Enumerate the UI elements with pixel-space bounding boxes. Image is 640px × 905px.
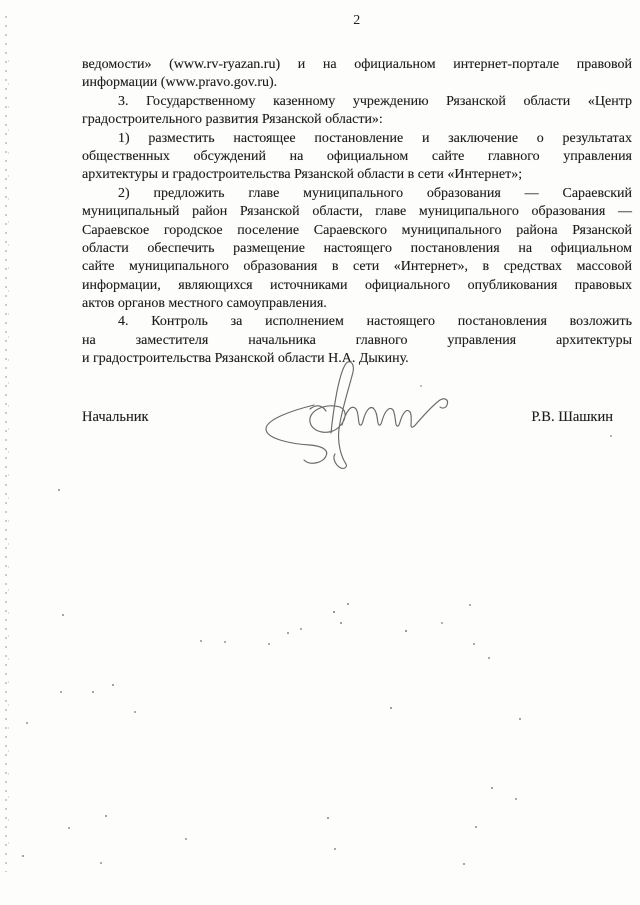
text-line: 4. Контроль за исполнением настоящего по…: [82, 313, 632, 331]
text-line: сайте муниципального образования в сети …: [82, 258, 632, 276]
text-line: архитектуры и градостроительства Рязанск…: [82, 166, 632, 184]
page-number: 2: [82, 13, 632, 29]
signatory-title: Начальник: [82, 409, 149, 426]
signatory-name: Р.В. Шашкин: [531, 409, 613, 426]
scan-noise-left-edge-2: [8, 60, 9, 850]
text-line: 1) разместить настоящее постановление и …: [82, 130, 632, 148]
document-page: 2 ведомости» (www.rv-ryazan.ru) и на офи…: [0, 0, 640, 905]
text-line: 2) предложить главе муниципального образ…: [82, 185, 632, 203]
text-line: муниципальный район Рязанской области, г…: [82, 203, 632, 221]
text-line: информации (www.pravo.gov.ru).: [82, 74, 632, 92]
document-body: ведомости» (www.rv-ryazan.ru) и на офици…: [82, 56, 632, 369]
signature-row: Начальник Р.В. Шашкин: [82, 409, 613, 426]
text-line: актов органов местного самоуправления.: [82, 295, 632, 313]
text-line: на заместителя начальника главного управ…: [82, 332, 632, 350]
text-line: общественных обсуждений на официальном с…: [82, 148, 632, 166]
text-line: информации, являющихся источниками офици…: [82, 277, 632, 295]
scan-noise-left-edge: [5, 16, 7, 872]
text-line: 3. Государственному казенному учреждению…: [82, 93, 632, 111]
text-line: Сараевское городское поселение Сараевско…: [82, 222, 632, 240]
text-line: градостроительного развития Рязанской об…: [82, 111, 632, 129]
scan-noise-specks: [0, 0, 2, 2]
text-line: области обеспечить размещение настоящего…: [82, 240, 632, 258]
text-line: ведомости» (www.rv-ryazan.ru) и на офици…: [82, 56, 632, 74]
